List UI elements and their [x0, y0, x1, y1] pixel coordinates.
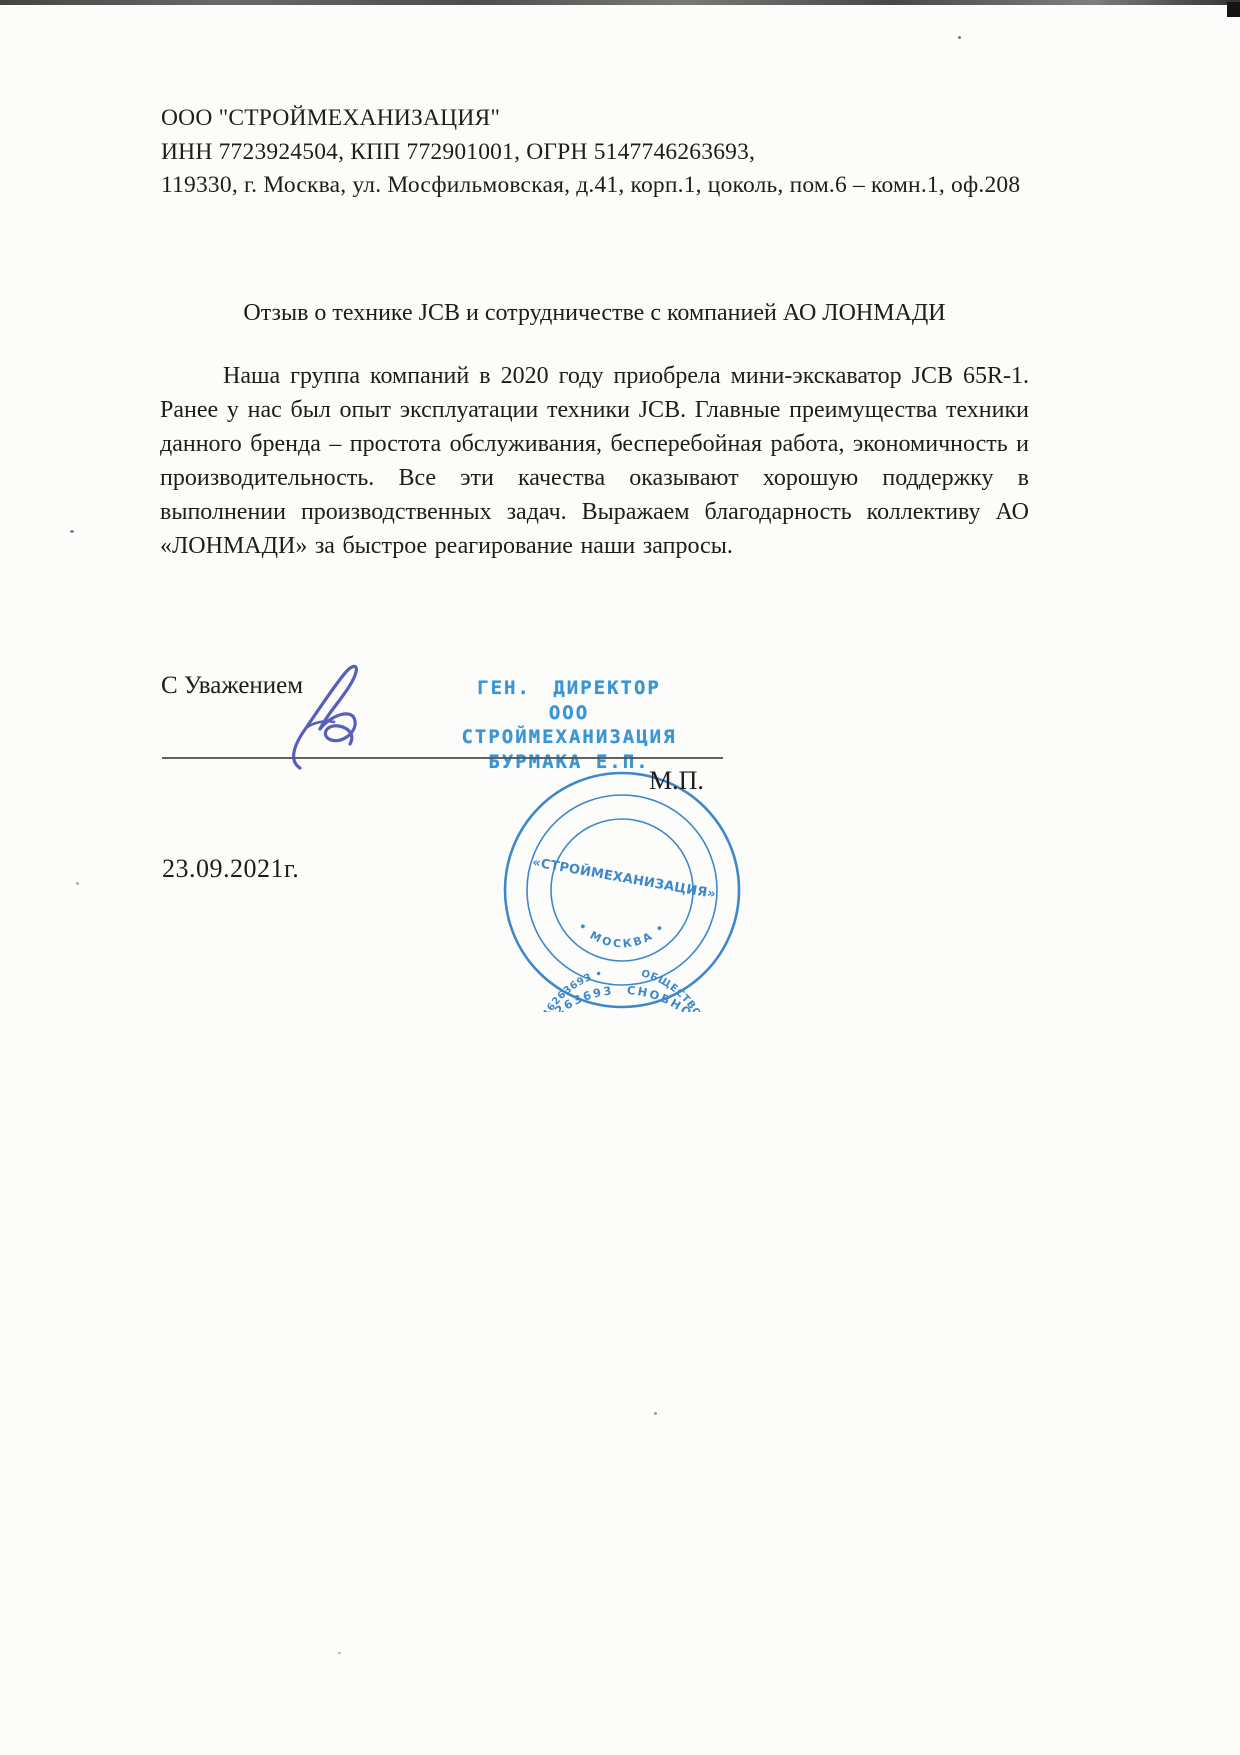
- seal-place-mark: М.П.: [649, 766, 704, 796]
- scan-speck: [70, 530, 74, 533]
- seal-middle-ring-text: ОБЩЕСТВО С ОГРАНИЧЕННОЙ ОТВЕТСТВЕННОСТЬЮ…: [530, 968, 714, 1012]
- seal-center-text: «СТРОЙМЕХАНИЗАЦИЯ»: [531, 854, 717, 902]
- seal-middle-ring-textpath: ОБЩЕСТВО С ОГРАНИЧЕННОЙ ОТВЕТСТВЕННОСТЬЮ…: [530, 968, 714, 1012]
- company-form: ООО: [418, 701, 720, 726]
- scan-corner-artifact: [1227, 2, 1240, 17]
- scanned-letter-page: ООО "СТРОЙМЕХАНИЗАЦИЯ" ИНН 7723924504, К…: [0, 0, 1240, 1755]
- seal-bottom-text: • МОСКВА •: [575, 920, 668, 951]
- scan-edge-line: [0, 0, 1240, 5]
- scan-speck: [76, 882, 79, 885]
- director-name-stamp: ГЕН. ДИРЕКТОР ООО СТРОЙМЕХАНИЗАЦИЯ БУРМА…: [418, 676, 720, 774]
- scan-speck: [958, 36, 961, 39]
- company-address: 119330, г. Москва, ул. Мосфильмовская, д…: [161, 169, 1020, 203]
- company-requisites: ИНН 7723924504, КПП 772901001, ОГРН 5147…: [161, 136, 1020, 170]
- director-title: ГЕН. ДИРЕКТОР: [418, 676, 720, 701]
- signature-stroke: [294, 666, 357, 768]
- letter-body: Наша группа компаний в 2020 году приобре…: [160, 359, 1029, 563]
- handwritten-signature: [286, 662, 410, 774]
- company-name: ООО "СТРОЙМЕХАНИЗАЦИЯ": [161, 102, 1020, 136]
- company-letterhead: ООО "СТРОЙМЕХАНИЗАЦИЯ" ИНН 7723924504, К…: [161, 102, 1020, 203]
- letter-title: Отзыв о технике JCB и сотрудничестве с к…: [160, 300, 1029, 327]
- scan-speck: [338, 1652, 341, 1654]
- scan-speck: [654, 1412, 657, 1415]
- company-round-seal: ОСНОВНОЙ ГОСУДАРСТВЕННЫЙ РЕГИСТРАЦИОННЫЙ…: [500, 768, 744, 1012]
- company-stamp-name: СТРОЙМЕХАНИЗАЦИЯ: [418, 725, 720, 750]
- letter-date: 23.09.2021г.: [162, 854, 299, 884]
- closing-salutation: С Уважением: [161, 672, 303, 700]
- seal-bottom-textpath: • МОСКВА •: [575, 920, 668, 951]
- signature-line: [162, 757, 723, 759]
